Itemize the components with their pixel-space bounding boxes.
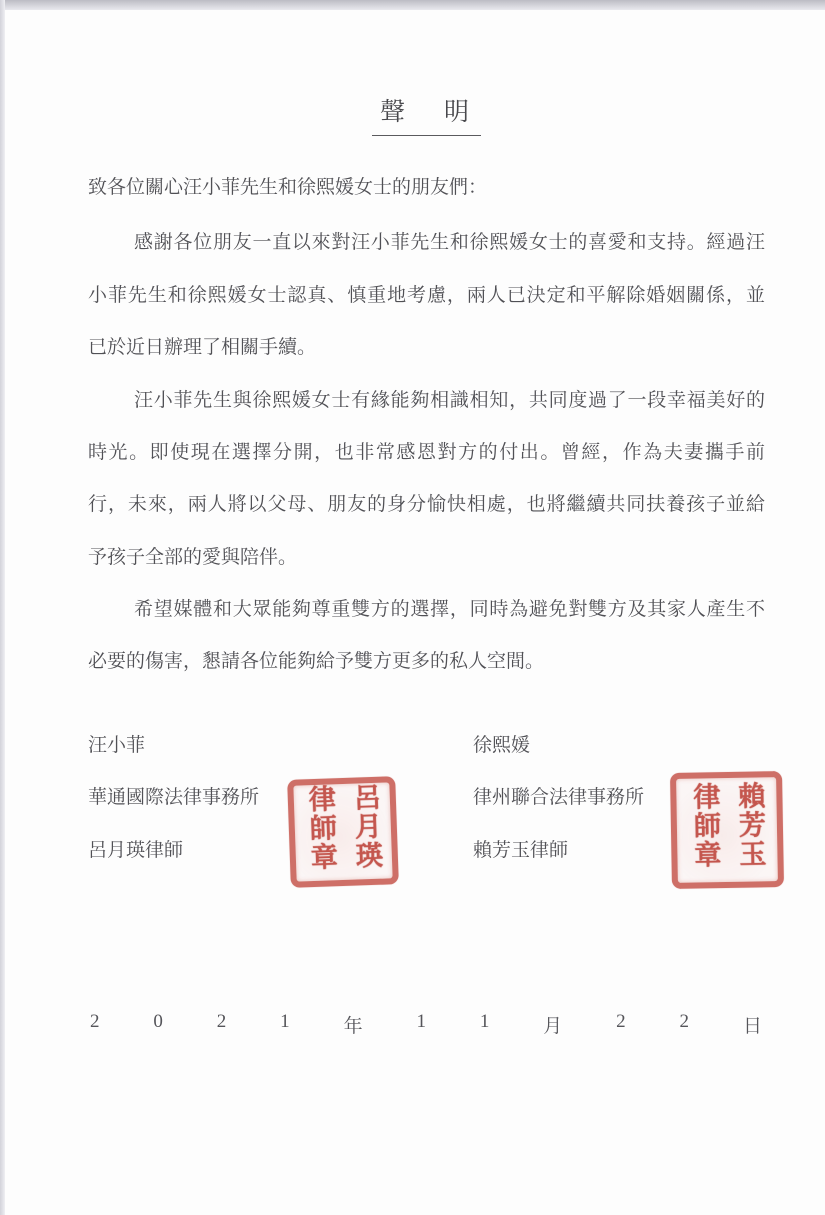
body-line: 時光。即使現在選擇分開，也非常感恩對方的付出。曾經，作為夫妻攜手前 bbox=[88, 439, 765, 466]
lawyer-seal-left: 呂月瑛律師章 bbox=[287, 776, 399, 888]
document-title: 聲 明 bbox=[372, 92, 481, 136]
body-line: 已於近日辦理了相關手續。 bbox=[88, 334, 765, 361]
date-line: 2 0 2 1 年 1 1 月 2 2 日 bbox=[90, 1011, 762, 1038]
date-char: 日 bbox=[743, 1011, 762, 1038]
body-line: 感謝各位朋友一直以來對汪小菲先生和徐熙媛女士的喜愛和支持。經過汪 bbox=[88, 229, 765, 256]
seal-characters: 呂月瑛律師章 bbox=[296, 782, 389, 881]
lawyer-name: 賴芳玉律師 bbox=[473, 838, 568, 864]
date-char: 1 bbox=[416, 1011, 426, 1038]
signatory-name: 汪小菲 bbox=[88, 733, 145, 759]
date-char: 0 bbox=[153, 1011, 163, 1038]
seal-characters: 賴芳玉律師章 bbox=[681, 781, 773, 879]
law-firm-name: 律州聯合法律事務所 bbox=[473, 785, 644, 811]
body-line: 予孩子全部的愛與陪伴。 bbox=[88, 544, 765, 571]
body-line: 小菲先生和徐熙媛女士認真、慎重地考慮，兩人已決定和平解除婚姻關係，並 bbox=[88, 282, 765, 309]
date-char: 月 bbox=[543, 1011, 562, 1038]
signature-block-left: 汪小菲 華通國際法律事務所 呂月瑛律師 bbox=[88, 733, 468, 868]
date-char: 1 bbox=[480, 1011, 490, 1038]
date-char: 年 bbox=[344, 1011, 363, 1038]
scan-edge-top bbox=[0, 0, 825, 10]
law-firm-name: 華通國際法律事務所 bbox=[88, 785, 259, 811]
body-line: 汪小菲先生與徐熙媛女士有緣能夠相識相知，共同度過了一段幸福美好的 bbox=[88, 387, 765, 414]
lawyer-name: 呂月瑛律師 bbox=[88, 838, 183, 864]
date-char: 2 bbox=[90, 1011, 100, 1038]
date-char: 2 bbox=[680, 1011, 690, 1038]
salutation: 致各位關心汪小菲先生和徐熙媛女士的朋友們： bbox=[88, 174, 765, 201]
scanned-statement-page: 聲 明 致各位關心汪小菲先生和徐熙媛女士的朋友們： 感謝各位朋友一直以來對汪小菲… bbox=[0, 0, 825, 1215]
date-char: 2 bbox=[217, 1011, 227, 1038]
date-char: 2 bbox=[616, 1011, 626, 1038]
body-line: 行，未來，兩人將以父母、朋友的身分愉快相處，也將繼續共同扶養孩子並給 bbox=[88, 491, 765, 518]
lawyer-seal-right: 賴芳玉律師章 bbox=[670, 771, 784, 889]
signatory-name: 徐熙媛 bbox=[473, 733, 530, 759]
title-row: 聲 明 bbox=[88, 92, 765, 136]
body-line: 必要的傷害，懇請各位能夠給予雙方更多的私人空間。 bbox=[88, 648, 765, 675]
date-char: 1 bbox=[280, 1011, 290, 1038]
body-line: 希望媒體和大眾能夠尊重雙方的選擇，同時為避免對雙方及其家人產生不 bbox=[88, 596, 765, 623]
scan-edge-left bbox=[0, 0, 5, 1215]
